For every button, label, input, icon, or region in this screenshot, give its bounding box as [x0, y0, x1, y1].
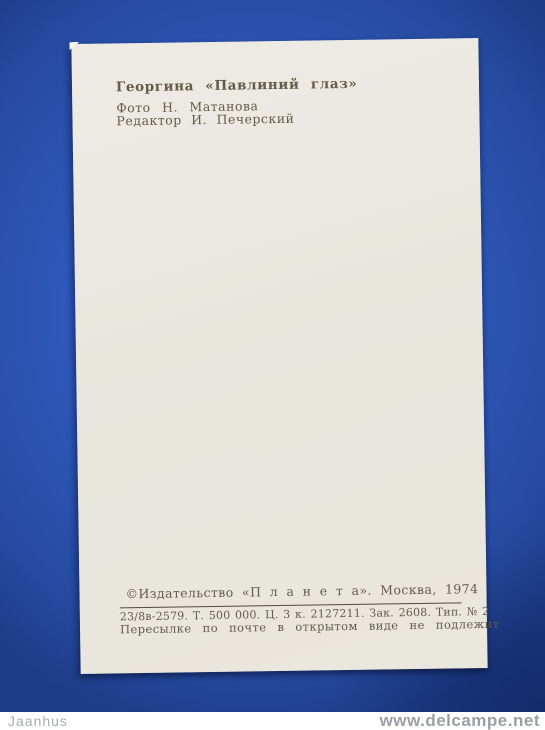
- editor-credit: Редактор И. Печерский: [116, 111, 294, 129]
- postcard-back: Георгина «Павлиний глаз» Фото Н. Матанов…: [71, 38, 487, 674]
- watermark-bar: Jaanhus www.delcampe.net: [0, 712, 545, 730]
- postcard-title: Георгина «Павлиний глаз»: [116, 76, 358, 96]
- postcard-scan-scene: Георгина «Павлиний глаз» Фото Н. Матанов…: [0, 0, 545, 730]
- seller-watermark: Jaanhus: [8, 713, 68, 729]
- delcampe-watermark: www.delcampe.net: [380, 711, 540, 730]
- publisher-line: ©Издательство «П л а н е т а». Москва, 1…: [125, 581, 478, 601]
